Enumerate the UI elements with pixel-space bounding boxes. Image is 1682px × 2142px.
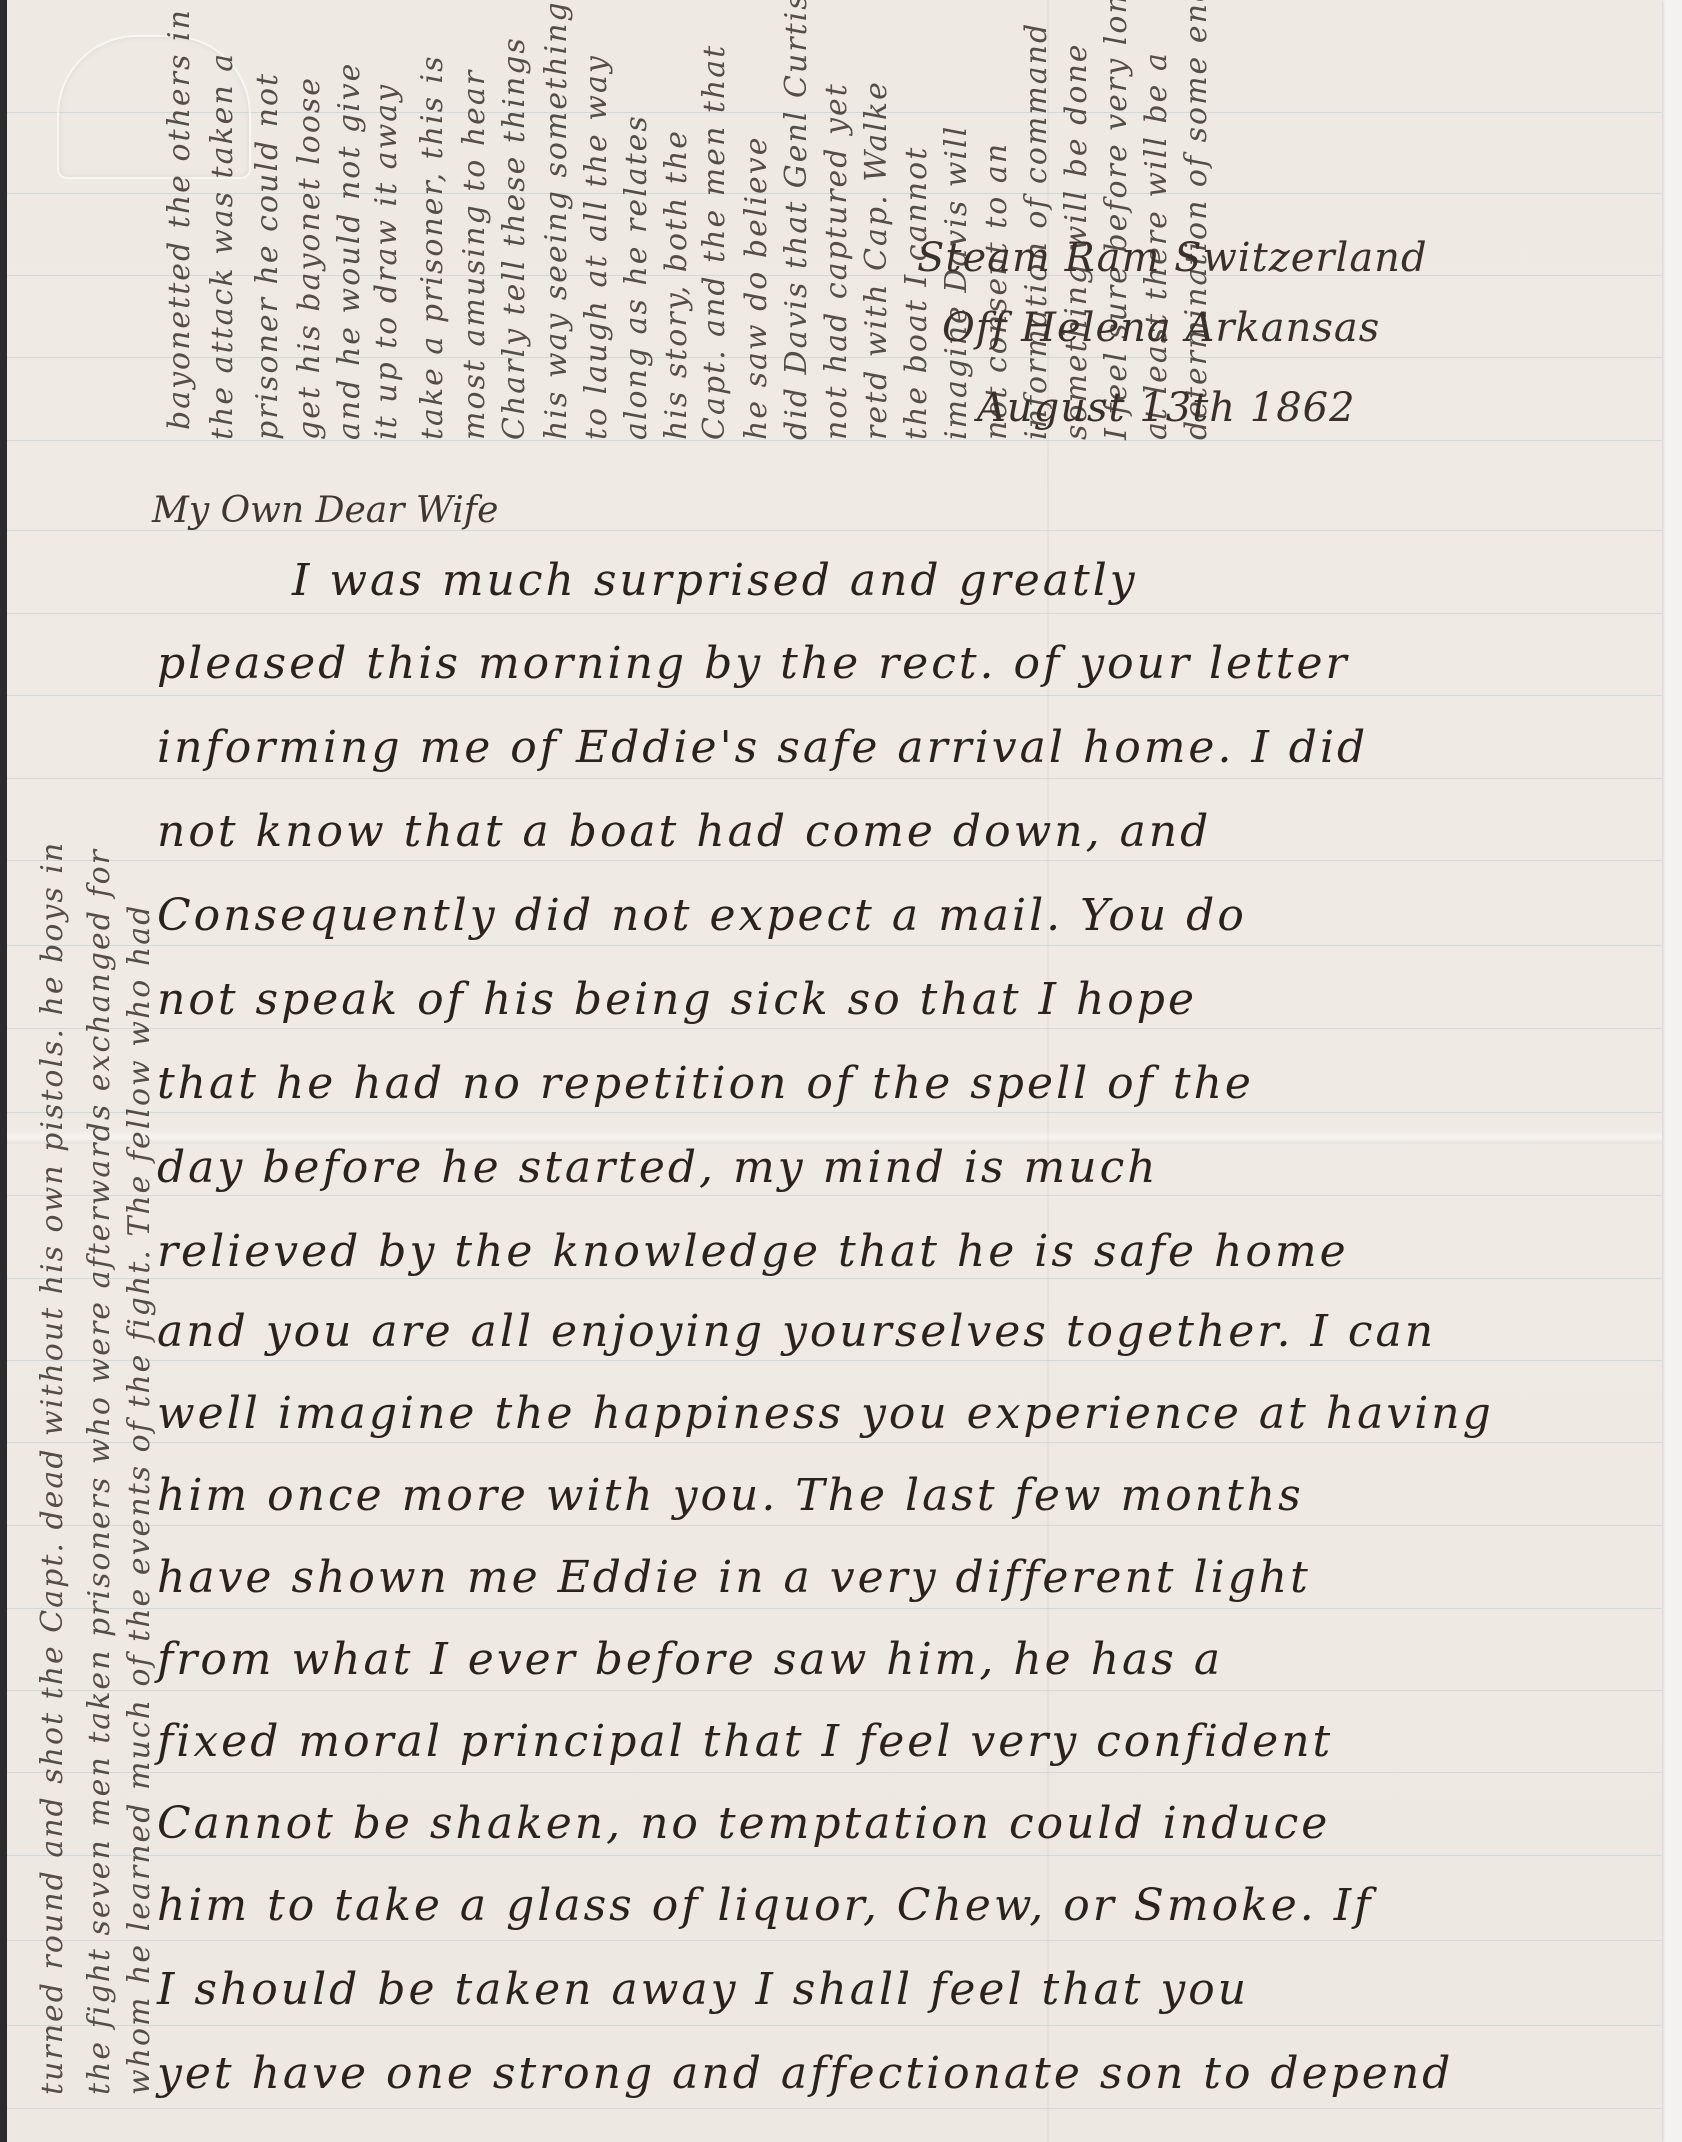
cross-writing-line: I feel sure before very long [1099,0,1134,440]
cross-writing-line: the boat I cannot [899,146,934,440]
rule-line [7,1525,1662,1526]
cross-writing-line: did Davis that Genl Curtis [779,0,814,440]
rule-line [7,1772,1662,1773]
rule-line [7,860,1662,861]
rule-line [7,778,1662,779]
body-line: him once more with you. The last few mon… [157,1470,1304,1521]
cross-writing-line: his story, both the [659,129,694,440]
body-line: not know that a boat had come down, and [157,806,1211,857]
cross-writing-line: most amusing to hear [457,69,492,440]
body-line: pleased this morning by the rect. of you… [157,638,1350,689]
rule-line [7,1442,1662,1443]
body-line: I was much surprised and greatly [292,555,1138,606]
rule-line [7,1608,1662,1609]
rule-line [7,695,1662,696]
body-line: relieved by the knowledge that he is saf… [157,1226,1349,1277]
body-line: fixed moral principal that I feel very c… [157,1716,1333,1767]
rule-line [7,2025,1662,2026]
body-line: day before he started, my mind is much [157,1142,1159,1193]
rule-line [7,1278,1662,1279]
rule-line [7,1360,1662,1361]
cross-writing-line: turned round and shot the Capt. dead wit… [35,841,70,2095]
rule-line [7,1112,1662,1113]
body-line: I should be taken away I shall feel that… [157,1964,1249,2015]
body-line: that he had no repetition of the spell o… [157,1058,1254,1109]
letter-heading-vessel: Steam Ram Switzerland [917,235,1428,281]
body-line: not speak of his being sick so that I ho… [157,974,1197,1025]
rule-line [7,1028,1662,1029]
cross-writing-line: not had captured yet [819,82,854,440]
cross-writing-line: bayonetted the others in [162,8,197,430]
cross-writing-line: determination of some energy policy [1179,0,1214,440]
body-line: from what I ever before saw him, he has … [157,1634,1223,1685]
body-line: and you are all enjoying yourselves toge… [157,1306,1436,1357]
cross-writing-line: retd with Cap. Walke [859,80,894,440]
cross-writing-line: take a prisoner, this is [415,54,450,440]
cross-writing-line: Capt. and the men that [697,44,732,440]
body-line: Consequently did not expect a mail. You … [157,890,1247,941]
body-line: him to take a glass of liquor, Chew, or … [157,1880,1373,1931]
letter-heading-location: Off Helena Arkansas [942,305,1380,351]
cross-writing-line: Charly tell these things [497,36,532,440]
cross-writing-line: the fight seven men taken prisoners who … [82,848,117,2095]
letter-heading-date: August 13th 1862 [977,385,1356,431]
cross-writing-line: the attack was taken a [205,52,240,440]
cross-writing-line: and he would not give [332,62,367,440]
salutation: My Own Dear Wife [152,490,498,531]
cross-writing-line: it up to draw it away [369,83,404,440]
cross-writing-line: get his bayonet loose [292,76,327,440]
cross-writing-line: imagine Davis will [939,125,974,440]
body-line: well imagine the happiness you experienc… [157,1388,1494,1439]
cross-writing-line: to laugh at all the way [579,54,614,440]
letter-page: turned round and shot the Capt. dead wit… [7,0,1662,2142]
rule-line [7,1855,1662,1856]
scan-dark-edge [0,0,7,2142]
rule-line [7,440,1662,441]
rule-line [7,613,1662,614]
cross-writing-line: information of command [1019,22,1054,440]
cross-writing-line: prisoner he could not [250,72,285,440]
body-line: have shown me Eddie in a very different … [157,1552,1311,1603]
cross-writing-line: along as he relates [619,114,654,440]
rule-line [7,1195,1662,1196]
body-line: Cannot be shaken, no temptation could in… [157,1798,1330,1849]
rule-line [7,1690,1662,1691]
cross-writing-line: he saw do believe [739,135,774,440]
rule-line [7,945,1662,946]
body-line: yet have one strong and affectionate son… [157,2048,1453,2099]
cross-writing-line: his way seeing something [539,0,574,440]
rule-line [7,2108,1662,2109]
rule-line [7,1940,1662,1941]
body-line: informing me of Eddie's safe arrival hom… [157,722,1368,773]
cross-writing-line: whom he learned much of the events of th… [122,904,157,2095]
